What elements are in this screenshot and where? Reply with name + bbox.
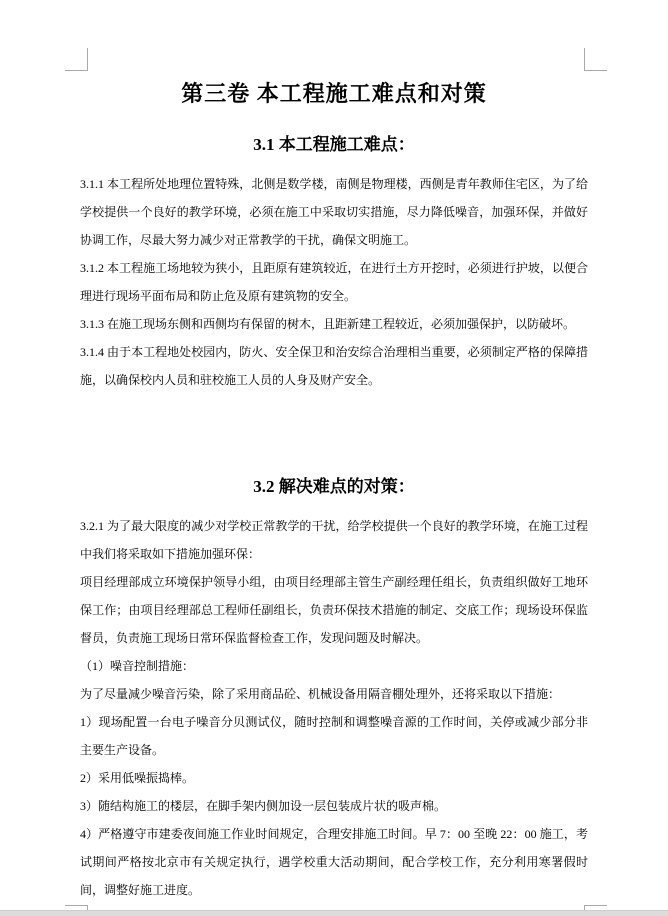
paragraph-noise-measure-1: 1）现场配置一台电子噪音分贝测试仪，随时控制和调整噪音源的工作时间，关停或减少部… xyxy=(80,708,588,764)
paragraph-3-1-3: 3.1.3 在施工现场东侧和西侧均有保留的树木，且距新建工程较近，必须加强保护，… xyxy=(80,310,588,338)
paragraph-3-2-1: 3.2.1 为了最大限度的减少对学校正常教学的干扰，给学校提供一个良好的教学环境… xyxy=(80,512,588,568)
document-content: 第三卷 本工程施工难点和对策 3.1 本工程施工难点： 3.1.1 本工程所处地… xyxy=(80,78,588,904)
margin-corner-mark-top-right xyxy=(584,48,607,71)
paragraph-noise-control-heading: （1）噪音控制措施： xyxy=(80,652,588,680)
document-page: 第三卷 本工程施工难点和对策 3.1 本工程施工难点： 3.1.1 本工程所处地… xyxy=(0,0,668,916)
margin-corner-mark-top-left xyxy=(65,48,88,71)
section-3-1-heading: 3.1 本工程施工难点： xyxy=(80,132,588,158)
section-3-2-heading: 3.2 解决难点的对策： xyxy=(80,474,588,500)
paragraph-env-leadership-group: 项目经理部成立环境保护领导小组，由项目经理部主管生产副经理任组长，负责组织做好工… xyxy=(80,568,588,652)
paragraph-3-1-2: 3.1.2 本工程施工场地较为狭小，且距原有建筑较近，在进行土方开挖时，必须进行… xyxy=(80,254,588,310)
document-title: 第三卷 本工程施工难点和对策 xyxy=(80,78,588,110)
paragraph-noise-measure-3: 3）随结构施工的楼层，在脚手架内侧加设一层包装成片状的吸声棉。 xyxy=(80,792,588,820)
paragraph-3-1-1: 3.1.1 本工程所处地理位置特殊，北侧是数学楼，南侧是物理楼，西侧是青年教师住… xyxy=(80,170,588,254)
paragraph-noise-measure-4: 4）严格遵守市建委夜间施工作业时间规定，合理安排施工时间。早 7：00 至晚 2… xyxy=(80,820,588,904)
paragraph-3-1-4: 3.1.4 由于本工程地处校园内，防火、安全保卫和治安综合治理相当重要，必须制定… xyxy=(80,338,588,394)
workspace-gutter xyxy=(0,910,668,916)
paragraph-noise-measure-2: 2）采用低噪振捣棒。 xyxy=(80,764,588,792)
paragraph-noise-control-intro: 为了尽量减少噪音污染，除了采用商品砼、机械设备用隔音棚处理外，还将采取以下措施： xyxy=(80,680,588,708)
